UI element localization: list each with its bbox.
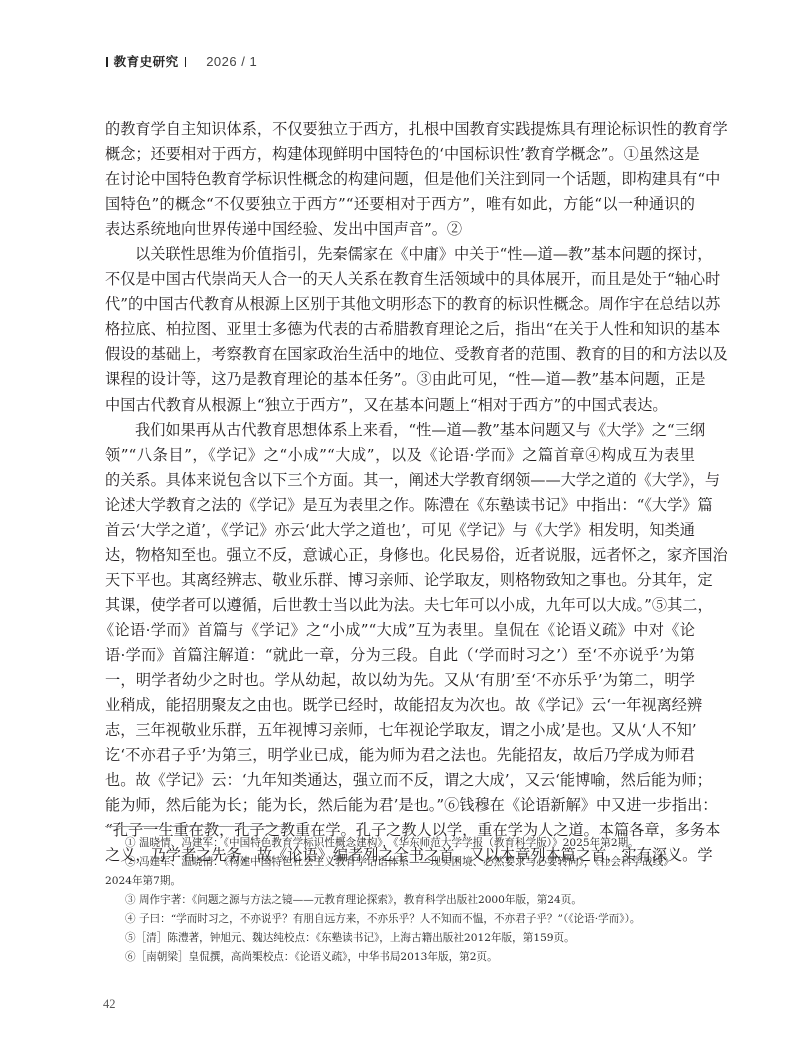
body-text: 的教育学自主知识体系，不仅要独立于西方，扎根中国教育实践提炼具有理论标识性的教育… [105,117,695,868]
paragraph-start: 我们如果再从古代教育思想体系上来看，“性—道—教”基本问题又与《大学》之“三纲 [105,418,695,443]
text-line: 志，三年视敬业乐群，五年视博习亲师，七年视论学取友，谓之小成’是也。又从‘人不知… [105,718,695,743]
text-line: 论述大学教育之法的《学记》是互为表里之作。陈澧在《东塾读书记》中指出：“《大学》… [105,493,695,518]
text-line: 业稍成，能招朋聚友之由也。既学已经时，故能招友为次也。故《学记》云‘一年视离经辨 [105,693,695,718]
text-line: 一，明学者幼少之时也。学从幼起，故以幼为先。又从‘有朋’至‘不亦乐乎’为第二，明… [105,668,695,693]
footnote-separator [105,826,282,827]
header-divider [185,57,187,67]
text-line: 代”的中国古代教育从根源上区别于其他文明形态下的教育的标识性概念。周作宇在总结以… [105,292,695,317]
text-line: 也。故《学记》云：‘九年知类通达，强立而不反，谓之大成’，又云‘能博喻，然后能为… [105,768,695,793]
text-line: 达，物格知至也。强立不反，意诚心正，身修也。化民易俗，近者说服，远者怀之，家齐国… [105,543,695,568]
text-line: 能为师，然后能为长；能为长，然后能为君’是也。”⑥钱穆在《论语新解》中又进一步指… [105,793,695,818]
footnote-2: ② 冯建军、温晓情：《构建中国特色社会主义教育学话语体系——现实困境、必然要求与… [105,853,695,872]
text-line: 讫‘不亦君子乎’为第三，明学业已成，能为师为君之法也。先能招友，故后乃学成为师君 [105,743,695,768]
text-line: 天下平也。其离经辨志、敬业乐群、博习亲师、论学取友，则格物致知之事也。分其年，定 [105,568,695,593]
footnote-1: ① 温晓情、冯建军：《中国特色教育学标识性概念建构》，《华东师范大学学报（教育科… [105,834,695,853]
text-line: 的关系。具体来说包含以下三个方面。其一，阐述大学教育纲领——大学之道的《大学》，… [105,468,695,493]
text-line: 表达系统地向世界传递中国经验、发出中国声音”。② [105,217,695,242]
footnote-2-continued: 2024年第7期。 [105,872,695,891]
text-line: 《论语·学而》首篇与《学记》之“小成”“大成”互为表里。皇侃在《论语义疏》中对《… [99,618,695,643]
text-line: 其课，使学者可以遵循，后世教士当以此为法。夫七年可以小成，九年可以大成。”⑤其二… [105,593,695,618]
running-header: 教育史研究2026 / 1 [106,52,257,70]
page-number: 42 [103,997,116,1012]
text-line: 概念；还要相对于西方，构建体现鲜明中国特色的‘中国标识性’教育学概念”。①虽然这… [105,142,695,167]
footnotes: ① 温晓情、冯建军：《中国特色教育学标识性概念建构》，《华东师范大学学报（教育科… [105,834,695,967]
footnote-4: ④ 子曰：“学而时习之，不亦说乎？有朋自远方来，不亦乐乎？人不知而不愠，不亦君子… [105,910,695,929]
text-line: 领”“八条目”，《学记》之“小成”“大成”，以及《论语·学而》之篇首章④构成互为… [105,443,695,468]
issue-number: 2026 / 1 [206,54,257,69]
text-line: 的教育学自主知识体系，不仅要独立于西方，扎根中国教育实践提炼具有理论标识性的教育… [105,117,695,142]
footnote-5: ⑤［清］陈澧著，钟旭元、魏达纯校点：《东塾读书记》，上海古籍出版社2012年版，… [105,929,695,948]
text-line: 语·学而》首篇注解道：“就此一章，分为三段。自此（‘学而时习之’）至‘不亦说乎’… [105,643,695,668]
text-line: 首云‘大学之道’，《学记》亦云‘此大学之道也’，可见《学记》与《大学》相发明，知… [105,518,695,543]
footnote-3: ③ 周作宇著：《问题之源与方法之镜——元教育理论探索》，教育科学出版社2000年… [105,891,695,910]
journal-title: 教育史研究 [114,54,179,69]
text-line: 国特色”的概念“不仅要独立于西方”“还要相对于西方”，唯有如此，方能“以一种通识… [105,192,695,217]
text-line: 课程的设计等，这乃是教育理论的基本任务”。③由此可见，“性—道—教”基本问题，正… [105,367,695,392]
text-line: 假设的基础上，考察教育在国家政治生活中的地位、受教育者的范围、教育的目的和方法以… [105,342,695,367]
text-line: 格拉底、柏拉图、亚里士多德为代表的古希腊教育理论之后，指出“在关于人性和知识的基… [105,317,695,342]
header-divider [106,57,108,67]
text-line: 中国古代教育从根源上“独立于西方”，又在基本问题上“相对于西方”的中国式表达。 [105,393,695,418]
footnote-6: ⑥［南朝梁］皇侃撰，高尚榘校点：《论语义疏》，中华书局2013年版，第2页。 [105,948,695,967]
text-line: 在讨论中国特色教育学标识性概念的构建问题，但是他们关注到同一个话题，即构建具有“… [105,167,695,192]
text-line: 不仅是中国古代崇尚天人合一的天人关系在教育生活领域中的具体展开，而且是处于“轴心… [105,267,695,292]
paragraph-start: 以关联性思维为价值指引，先秦儒家在《中庸》中关于“性—道—教”基本问题的探讨， [105,242,695,267]
